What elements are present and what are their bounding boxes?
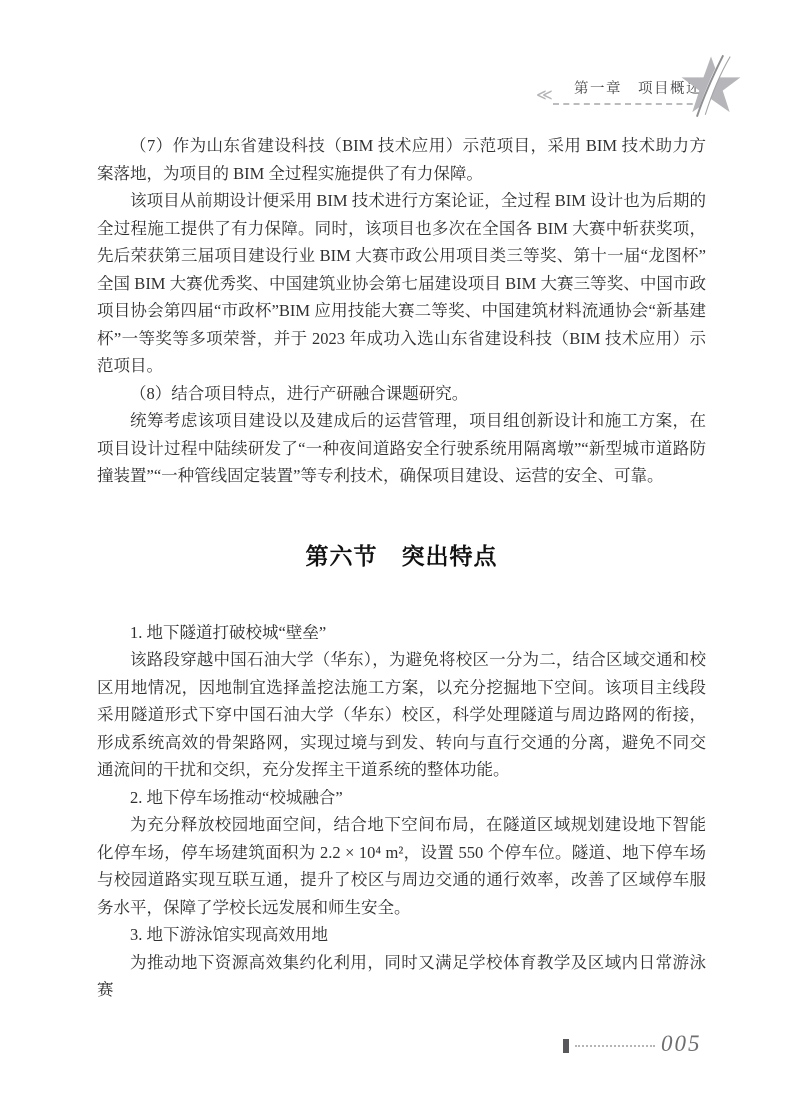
paragraph-8-detail: 统筹考虑该项目建设以及建成后的运营管理，项目组创新设计和施工方案，在项目设计过程… bbox=[97, 407, 706, 490]
feature-1-paragraph: 该路段穿越中国石油大学（华东），为避免将校区一分为二，结合区域交通和校区用地情况… bbox=[97, 646, 706, 784]
section-heading: 第六节 突出特点 bbox=[97, 541, 706, 571]
feature-2-title: 2. 地下停车场推动“校城融合” bbox=[97, 784, 706, 812]
footer-marker-bar bbox=[563, 1039, 569, 1053]
body-text: （7）作为山东省建设科技（BIM 技术应用）示范项目，采用 BIM 技术助力方案… bbox=[97, 132, 706, 1004]
feature-2-paragraph: 为充分释放校园地面空间，结合地下空间布局，在隧道区域规划建设地下智能化停车场，停… bbox=[97, 811, 706, 921]
footer-dotted-rule bbox=[575, 1045, 655, 1047]
page-number: 005 bbox=[661, 1031, 702, 1057]
double-angle-icon: ≪ bbox=[536, 88, 553, 104]
star-road-logo-icon bbox=[679, 54, 743, 118]
paragraph-7-detail: 该项目从前期设计便采用 BIM 技术进行方案论证，全过程 BIM 设计也为后期的… bbox=[97, 187, 706, 380]
feature-3-paragraph: 为推动地下资源高效集约化利用，同时又满足学校体育教学及区域内日常游泳赛 bbox=[97, 949, 706, 1004]
book-page: ≪ 第一章 项目概述 （7）作为山东省建设科技（BIM 技术应用）示范项目，采用… bbox=[0, 0, 799, 1114]
paragraph-7: （7）作为山东省建设科技（BIM 技术应用）示范项目，采用 BIM 技术助力方案… bbox=[97, 132, 706, 187]
paragraph-8: （8）结合项目特点，进行产研融合课题研究。 bbox=[97, 380, 706, 408]
feature-3-title: 3. 地下游泳馆实现高效用地 bbox=[97, 921, 706, 949]
feature-1-title: 1. 地下隧道打破校城“壁垒” bbox=[97, 619, 706, 647]
